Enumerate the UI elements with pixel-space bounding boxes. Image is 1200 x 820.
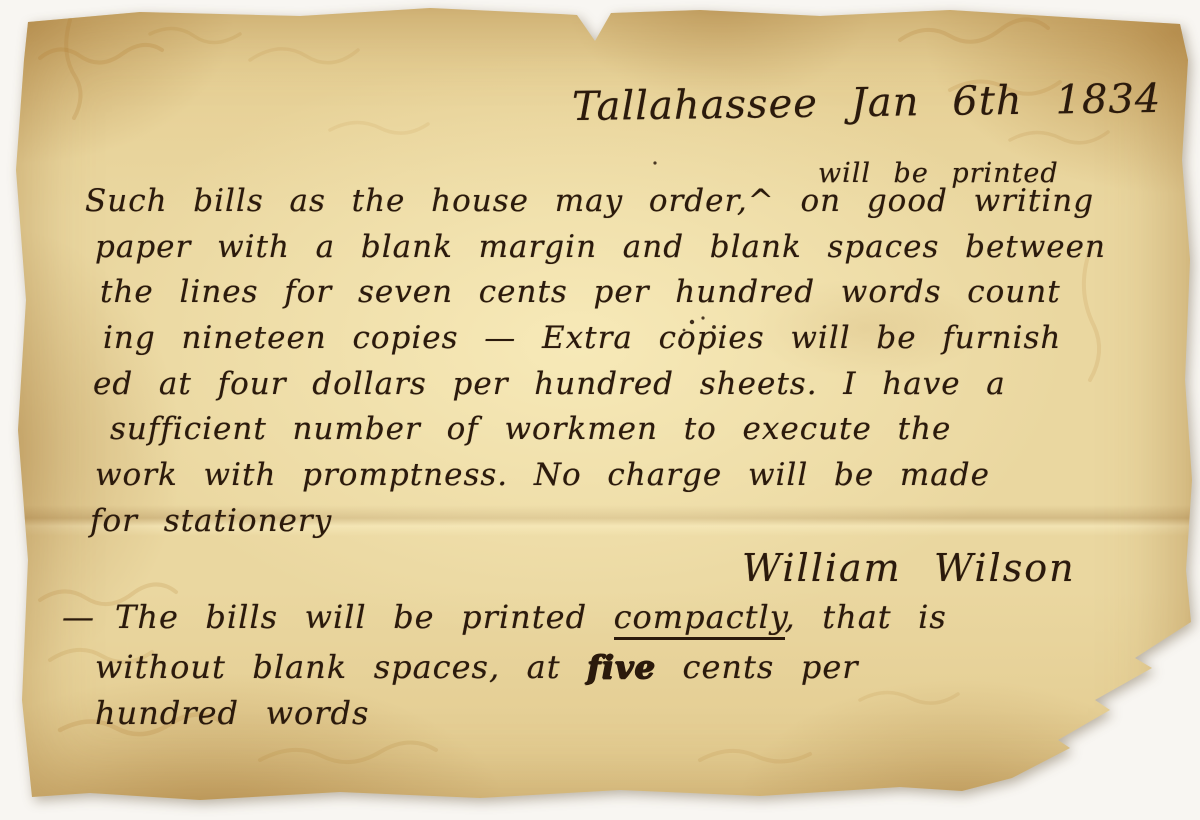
- postscript-underlined-word: compactly: [614, 598, 785, 640]
- body-line-7: work with promptness. No charge will be …: [95, 457, 990, 493]
- postscript-line2-pre: without blank spaces, at: [95, 648, 587, 686]
- dateline: Tallahassee Jan 6th 1834: [572, 76, 1162, 130]
- paper-wrapper: Tallahassee Jan 6th 1834 will be printed…: [0, 0, 1200, 820]
- postscript-line-1: —The bills will be printed compactly, th…: [62, 598, 947, 636]
- body-line-4: ing nineteen copies — Extra copies will …: [103, 320, 1061, 356]
- postscript-line1-pre: The bills will be printed: [115, 598, 614, 636]
- body-line-2: paper with a blank margin and blank spac…: [95, 229, 1106, 265]
- postscript-line1-post: , that is: [785, 598, 947, 636]
- postscript-dash: —: [62, 598, 95, 636]
- postscript-line2-post: cents per: [656, 648, 859, 686]
- postscript-emphasized-word: five: [587, 648, 656, 686]
- body-line-6: sufficient number of workmen to execute …: [110, 411, 951, 447]
- postscript-line-2: without blank spaces, at five cents per: [95, 648, 859, 686]
- signature-william-wilson: William Wilson: [742, 546, 1076, 590]
- body-line-3: the lines for seven cents per hundred wo…: [100, 274, 1061, 310]
- body-line-8: for stationery: [90, 503, 332, 539]
- body-line-1: Such bills as the house may order,^ on g…: [85, 183, 1094, 219]
- body-line-5: ed at four dollars per hundred sheets. I…: [93, 366, 1006, 402]
- paper-sheet: Tallahassee Jan 6th 1834 will be printed…: [0, 0, 1200, 820]
- postscript-line-3: hundred words: [95, 694, 369, 732]
- scanned-letter: Tallahassee Jan 6th 1834 will be printed…: [0, 0, 1200, 820]
